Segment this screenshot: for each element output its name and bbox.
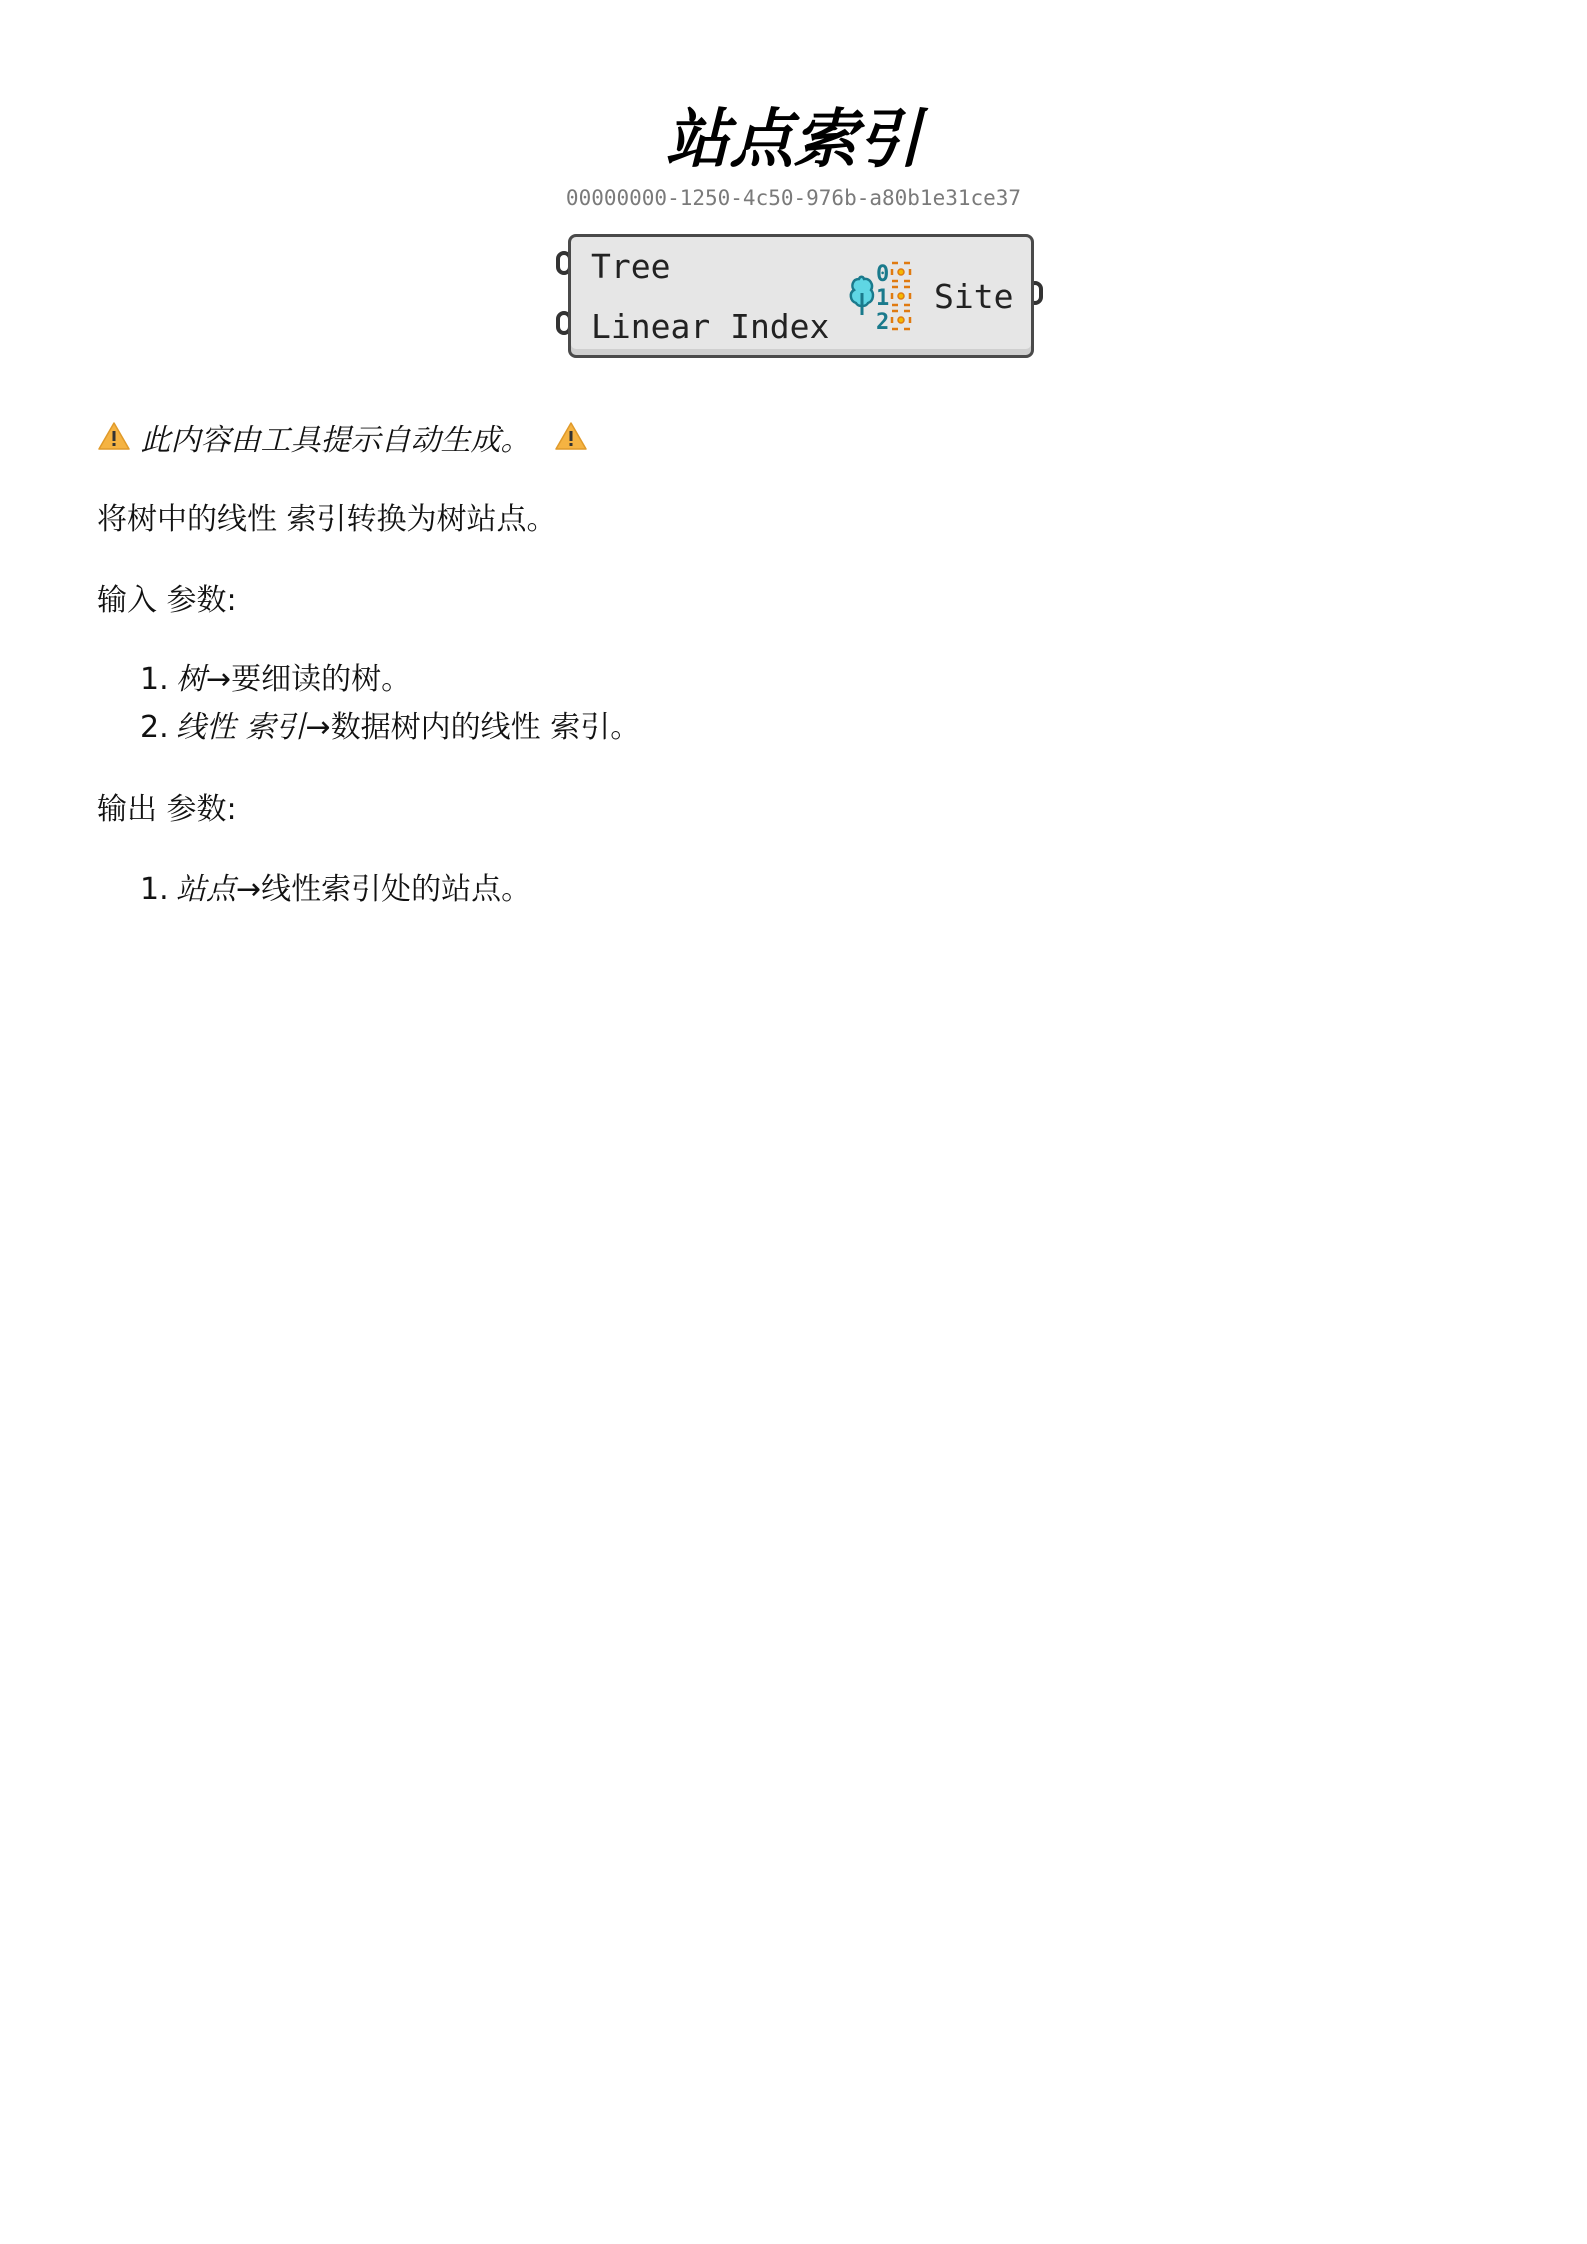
param-desc: 线性索引处的站点。 (261, 872, 531, 907)
list-item: 2.线性 索引→数据树内的线性 索引。 (140, 708, 640, 748)
inputs-heading: 输入 参数: (97, 581, 237, 621)
output-list: 1.站点→线性索引处的站点。 (140, 870, 531, 910)
input-label-tree: Tree (591, 247, 670, 286)
param-name: 站点 (176, 872, 236, 907)
output-label-site: Site (934, 277, 1013, 316)
warning-text: 此内容由工具提示自动生成。 (141, 423, 531, 458)
list-item: 1.站点→线性索引处的站点。 (140, 870, 531, 910)
component-guid: 00000000-1250-4c50-976b-a80b1e31ce37 (0, 186, 1587, 210)
param-desc: 要细读的树。 (231, 662, 411, 697)
svg-text:0: 0 (876, 262, 889, 287)
svg-text:2: 2 (876, 310, 889, 331)
description: 将树中的线性 索引转换为树站点。 (97, 500, 557, 540)
component-body[interactable]: Tree Linear Index Site 0 1 2 (568, 234, 1034, 358)
tree-index-site-icon: 0 1 2 (846, 259, 916, 331)
warning-icon (97, 421, 131, 462)
list-item: 1.树→要细读的树。 (140, 660, 640, 700)
param-name: 树 (176, 662, 206, 697)
param-desc: 数据树内的线性 索引。 (331, 710, 641, 745)
input-label-linear-index: Linear Index (591, 307, 829, 346)
param-name: 线性 索引 (176, 710, 306, 745)
warning-icon (554, 421, 588, 462)
svg-text:1: 1 (876, 286, 889, 311)
input-list: 1.树→要细读的树。 2.线性 索引→数据树内的线性 索引。 (140, 660, 640, 748)
outputs-heading: 输出 参数: (97, 790, 237, 830)
auto-generated-warning: 此内容由工具提示自动生成。 (97, 421, 588, 462)
page-title: 站点索引 (0, 100, 1587, 180)
